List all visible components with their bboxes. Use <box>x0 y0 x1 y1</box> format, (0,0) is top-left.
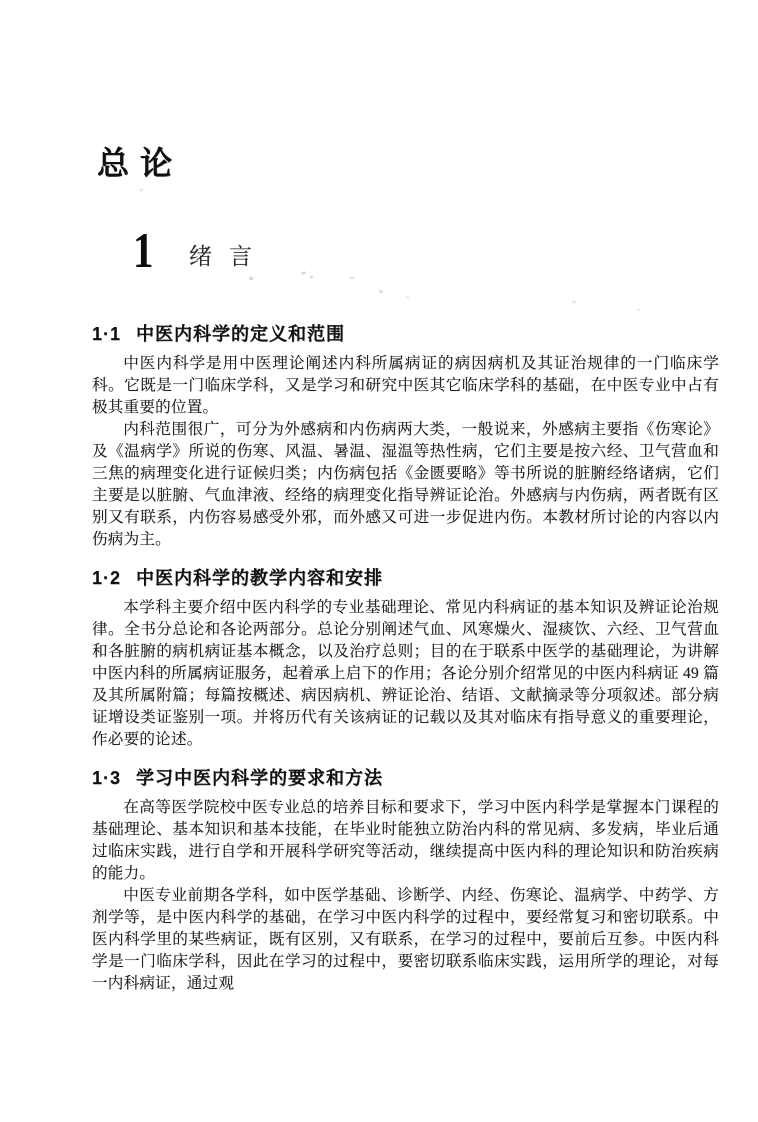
scan-smudge <box>379 290 383 293</box>
scan-smudge <box>301 271 306 274</box>
scan-smudge <box>406 296 409 298</box>
paragraph: 中医内科学是用中医理论阐述内科所属病证的病因病机及其证治规律的一门临床学科。它既… <box>92 353 719 419</box>
section-title: 中医内科学的定义和范围 <box>136 324 345 344</box>
chapter-number: 1 <box>133 228 154 272</box>
chapter-title: 绪言 <box>189 238 269 271</box>
section-number: 1·1 <box>92 324 121 344</box>
scan-smudge <box>310 276 313 278</box>
scan-smudge <box>637 309 640 311</box>
section-heading-1-2: 1·2中医内科学的教学内容和安排 <box>92 564 719 590</box>
paragraph: 在高等医学院校中医专业总的培养目标和要求下，学习中医内科学是掌握本门课程的基础理… <box>92 797 719 885</box>
section-number: 1·2 <box>92 568 121 588</box>
paragraph: 本学科主要介绍中医内科学的专业基础理论、常见内科病证的基本知识及辨证论治规律。全… <box>92 597 719 751</box>
section-heading-1-3: 1·3学习中医内科学的要求和方法 <box>92 764 719 790</box>
section-heading-1-1: 1·1中医内科学的定义和范围 <box>92 320 719 346</box>
scan-smudge <box>572 301 576 304</box>
scan-smudge <box>249 277 253 280</box>
paragraph: 内科范围很广，可分为外感病和内伤病两大类，一般说来，外感病主要指《伤寒论》及《温… <box>92 419 719 551</box>
scanned-book-page: 总论 1 绪言 1·1中医内科学的定义和范围 中医内科学是用中医理论阐述内科所属… <box>0 0 758 1122</box>
chapter-header: 1 绪言 <box>133 228 269 272</box>
paragraph: 中医专业前期各学科，如中医学基础、诊断学、内经、伤寒论、温病学、中药学、方剂学等… <box>92 885 719 995</box>
section-title: 中医内科学的教学内容和安排 <box>136 568 383 588</box>
section-number: 1·3 <box>92 768 121 788</box>
part-title: 总论 <box>97 138 183 184</box>
body-text-column: 1·1中医内科学的定义和范围 中医内科学是用中医理论阐述内科所属病证的病因病机及… <box>92 320 719 995</box>
scan-smudge <box>140 189 143 191</box>
scan-smudge <box>350 277 354 279</box>
section-title: 学习中医内科学的要求和方法 <box>136 768 383 788</box>
